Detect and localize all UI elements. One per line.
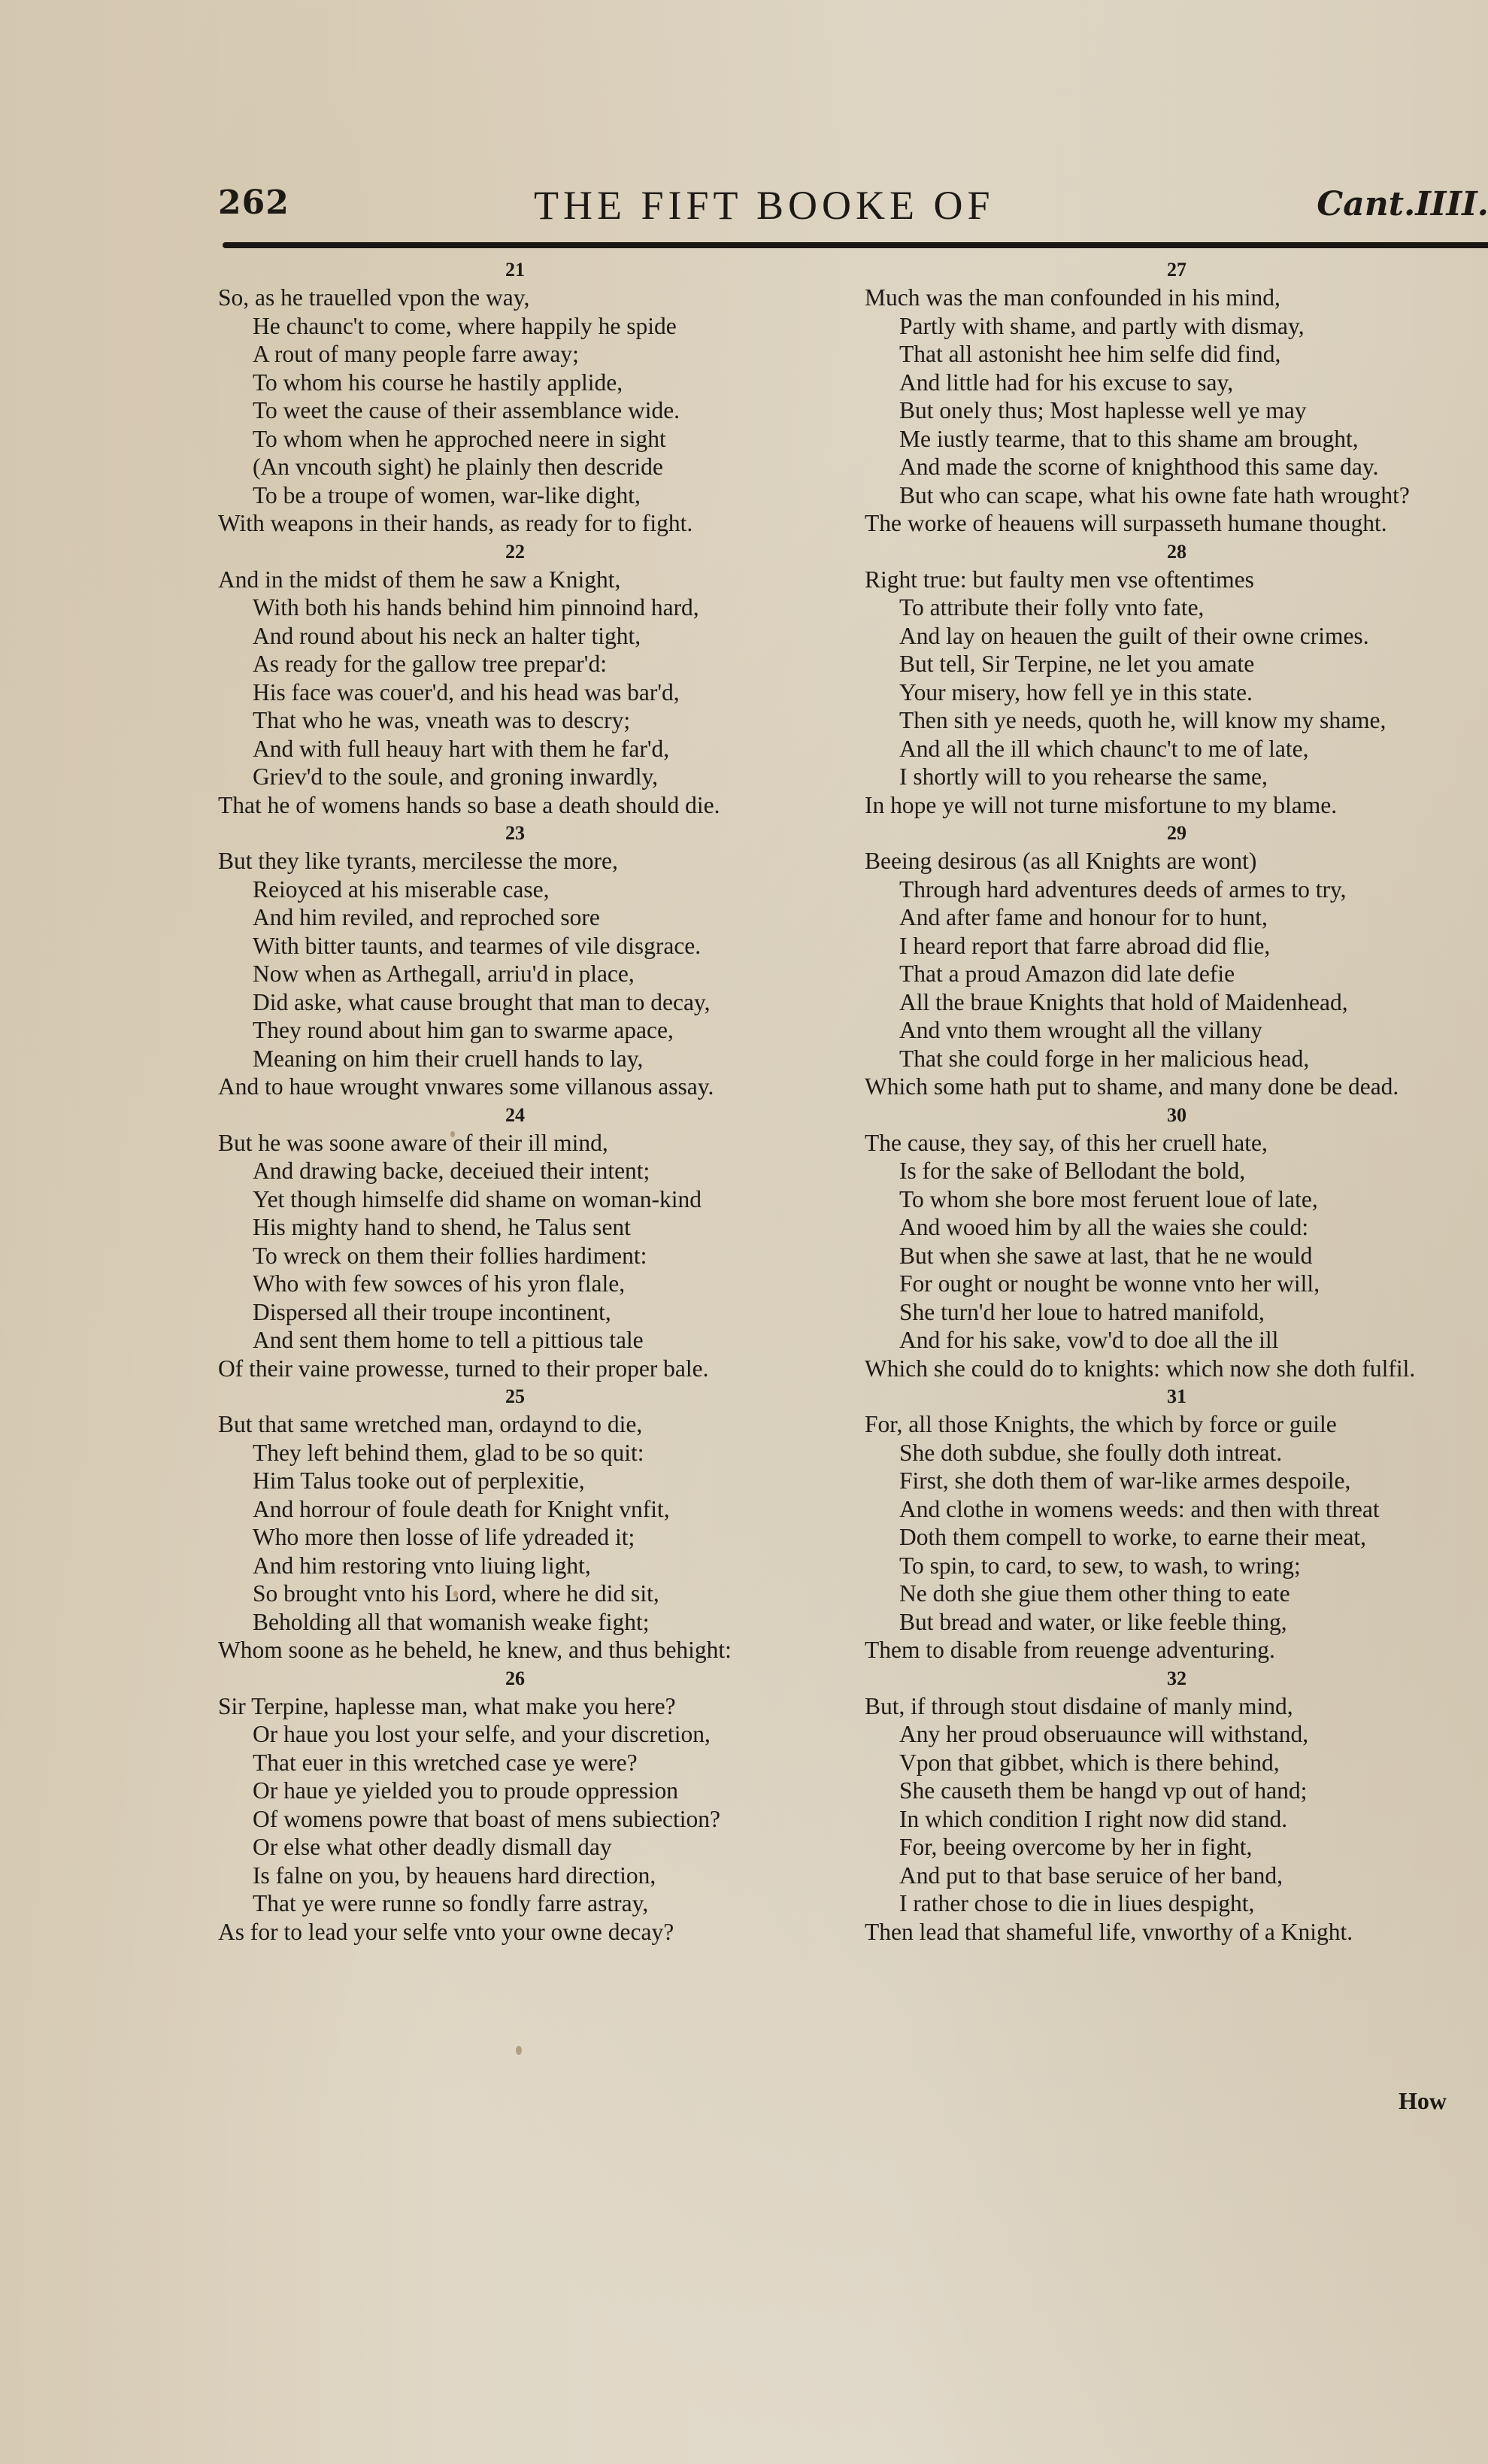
verse-line: The worke of heauens will surpasseth hum… (865, 509, 1488, 538)
book-page: 262 THE FIFT BOOKE OF Cant.IIII. 21So, a… (0, 0, 1488, 2464)
stanza: 30The cause, they say, of this her cruel… (865, 1101, 1488, 1383)
verse-line: Reioyced at his miserable case, (218, 875, 812, 904)
verse-line: Much was the man confounded in his mind, (865, 284, 1488, 312)
verse-line: But who can scape, what his owne fate ha… (865, 481, 1488, 510)
stanza: 23But they like tyrants, mercilesse the … (218, 819, 812, 1101)
stanza: 27Much was the man confounded in his min… (865, 256, 1488, 538)
verse-line: Doth them compell to worke, to earne the… (865, 1523, 1488, 1552)
verse-line: That all astonisht hee him selfe did fin… (865, 340, 1488, 369)
verse-line: Ne doth she giue them other thing to eat… (865, 1579, 1488, 1608)
verse-line: That who he was, vneath was to descry; (218, 706, 812, 735)
stanza: 21So, as he trauelled vpon the way,He ch… (218, 256, 812, 538)
verse-line: In hope ye will not turne misfortune to … (865, 791, 1488, 820)
verse-line: Or haue you lost your selfe, and your di… (218, 1720, 812, 1749)
verse-line: Me iustly tearme, that to this shame am … (865, 425, 1488, 454)
stanza: 25But that same wretched man, ordaynd to… (218, 1382, 812, 1664)
verse-line: They left behind them, glad to be so qui… (218, 1439, 812, 1467)
stanza-number: 32 (865, 1664, 1488, 1692)
verse-line: I heard report that farre abroad did fli… (865, 932, 1488, 960)
verse-line: Which some hath put to shame, and many d… (865, 1073, 1488, 1101)
stanza-number: 28 (865, 538, 1488, 566)
verse-line: All the braue Knights that hold of Maide… (865, 988, 1488, 1017)
verse-line: The cause, they say, of this her cruell … (865, 1129, 1488, 1158)
verse-line: They round about him gan to swarme apace… (218, 1016, 812, 1045)
stanza-number: 29 (865, 819, 1488, 847)
verse-line: She doth subdue, she foully doth intreat… (865, 1439, 1488, 1467)
verse-line: And for his sake, vow'd to doe all the i… (865, 1326, 1488, 1355)
verse-line: And drawing backe, deceiued their intent… (218, 1157, 812, 1185)
verse-line: Then lead that shameful life, vnworthy o… (865, 1918, 1488, 1947)
verse-line: And vnto them wrought all the villany (865, 1016, 1488, 1045)
stanza-number: 23 (218, 819, 812, 847)
verse-line: With both his hands behind him pinnoind … (218, 593, 812, 622)
verse-line: But, if through stout disdaine of manly … (865, 1692, 1488, 1721)
verse-line: That euer in this wretched case ye were? (218, 1749, 812, 1777)
verse-line: Beeing desirous (as all Knights are wont… (865, 847, 1488, 875)
verse-line: And to haue wrought vnwares some villano… (218, 1073, 812, 1101)
verse-line: Right true: but faulty men vse oftentime… (865, 566, 1488, 594)
verse-line: His mighty hand to shend, he Talus sent (218, 1213, 812, 1242)
canto-label: Cant.IIII. (1317, 185, 1488, 223)
verse-line: But they like tyrants, mercilesse the mo… (218, 847, 812, 875)
verse-line: Whom soone as he beheld, he knew, and th… (218, 1636, 812, 1664)
stanza: 26Sir Terpine, haplesse man, what make y… (218, 1664, 812, 1947)
verse-line: And in the midst of them he saw a Knight… (218, 566, 812, 594)
right-column: 27Much was the man confounded in his min… (865, 256, 1488, 1946)
verse-line: A rout of many people farre away; (218, 340, 812, 369)
verse-line: Then sith ye needs, quoth he, will know … (865, 706, 1488, 735)
verse-line: But tell, Sir Terpine, ne let you amate (865, 650, 1488, 678)
verse-line: But when she sawe at last, that he ne wo… (865, 1242, 1488, 1270)
verse-line: Beholding all that womanish weake fight; (218, 1608, 812, 1637)
verse-line: Them to disable from reuenge adventuring… (865, 1636, 1488, 1664)
catchword: How (1399, 2087, 1447, 2115)
verse-line: He chaunc't to come, where happily he sp… (218, 312, 812, 341)
verse-line: For, beeing overcome by her in fight, (865, 1833, 1488, 1862)
verse-line: Which she could do to knights: which now… (865, 1355, 1488, 1383)
verse-line: Partly with shame, and partly with disma… (865, 312, 1488, 341)
verse-line: Of their vaine prowesse, turned to their… (218, 1355, 812, 1383)
verse-line: I shortly will to you rehearse the same, (865, 763, 1488, 791)
verse-line: Or else what other deadly dismall day (218, 1833, 812, 1862)
verse-line: To wreck on them their follies hardiment… (218, 1242, 812, 1270)
verse-line: And made the scorne of knighthood this s… (865, 453, 1488, 481)
verse-line: To attribute their folly vnto fate, (865, 593, 1488, 622)
verse-line: For ought or nought be wonne vnto her wi… (865, 1270, 1488, 1298)
stanza: 31For, all those Knights, the which by f… (865, 1382, 1488, 1664)
verse-line: In which condition I right now did stand… (865, 1805, 1488, 1834)
verse-line: First, she doth them of war-like armes d… (865, 1467, 1488, 1495)
verse-line: Who with few sowces of his yron flale, (218, 1270, 812, 1298)
verse-line: To whom his course he hastily applide, (218, 369, 812, 397)
verse-line: Now when as Arthegall, arriu'd in place, (218, 960, 812, 988)
stanza-number: 24 (218, 1101, 812, 1129)
stanza: 22And in the midst of them he saw a Knig… (218, 538, 812, 820)
verse-line: For, all those Knights, the which by for… (865, 1410, 1488, 1439)
verse-line: Dispersed all their troupe incontinent, (218, 1298, 812, 1327)
verse-line: To spin, to card, to sew, to wash, to wr… (865, 1552, 1488, 1580)
verse-line: That ye were runne so fondly farre astra… (218, 1889, 812, 1918)
verse-line: She causeth them be hangd vp out of hand… (865, 1777, 1488, 1805)
verse-line: And put to that base seruice of her band… (865, 1862, 1488, 1890)
stanza-number: 21 (218, 256, 812, 284)
stanza-number: 22 (218, 538, 812, 566)
verse-line: (An vncouth sight) he plainly then descr… (218, 453, 812, 481)
verse-line: And wooed him by all the waies she could… (865, 1213, 1488, 1242)
verse-line: As for to lead your selfe vnto your owne… (218, 1918, 812, 1947)
stanza: 29Beeing desirous (as all Knights are wo… (865, 819, 1488, 1101)
verse-line: And horrour of foule death for Knight vn… (218, 1495, 812, 1524)
stanza-number: 27 (865, 256, 1488, 284)
verse-line: I rather chose to die in liues despight, (865, 1889, 1488, 1918)
book-title: THE FIFT BOOKE OF (534, 182, 995, 229)
verse-line: To whom when he approched neere in sight (218, 425, 812, 454)
stanza-number: 30 (865, 1101, 1488, 1129)
verse-line: Him Talus tooke out of perplexitie, (218, 1467, 812, 1495)
verse-line: To weet the cause of their assemblance w… (218, 396, 812, 425)
running-head: 262 THE FIFT BOOKE OF Cant.IIII. (218, 182, 1488, 227)
header-rule (223, 242, 1488, 248)
stanza-number: 26 (218, 1664, 812, 1692)
verse-line: But that same wretched man, ordaynd to d… (218, 1410, 812, 1439)
verse-line: And sent them home to tell a pittious ta… (218, 1326, 812, 1355)
verse-line: But he was soone aware of their ill mind… (218, 1129, 812, 1158)
verse-line: Any her proud obseruaunce will withstand… (865, 1720, 1488, 1749)
stanza: 32But, if through stout disdaine of manl… (865, 1664, 1488, 1947)
verse-line: Meaning on him their cruell hands to lay… (218, 1045, 812, 1073)
verse-line: That a proud Amazon did late defie (865, 960, 1488, 988)
verse-line: And lay on heauen the guilt of their own… (865, 622, 1488, 651)
verse-line: To be a troupe of women, war-like dight, (218, 481, 812, 510)
verse-line: And clothe in womens weeds: and then wit… (865, 1495, 1488, 1524)
verse-line: And little had for his excuse to say, (865, 369, 1488, 397)
stanza-number: 25 (218, 1382, 812, 1410)
verse-line: And with full heauy hart with them he fa… (218, 735, 812, 763)
verse-line: As ready for the gallow tree prepar'd: (218, 650, 812, 678)
verse-line: Sir Terpine, haplesse man, what make you… (218, 1692, 812, 1721)
verse-line: And after fame and honour for to hunt, (865, 903, 1488, 932)
verse-line: Through hard adventures deeds of armes t… (865, 875, 1488, 904)
verse-line: His face was couer'd, and his head was b… (218, 678, 812, 707)
verse-line: But bread and water, or like feeble thin… (865, 1608, 1488, 1637)
verse-line: But onely thus; Most haplesse well ye ma… (865, 396, 1488, 425)
foxing-spot (516, 2046, 522, 2055)
stanza-number: 31 (865, 1382, 1488, 1410)
left-column: 21So, as he trauelled vpon the way,He ch… (218, 256, 812, 1946)
verse-line: And him restoring vnto liuing light, (218, 1552, 812, 1580)
stanza: 28Right true: but faulty men vse oftenti… (865, 538, 1488, 820)
verse-line: Did aske, what cause brought that man to… (218, 988, 812, 1017)
verse-line: Who more then losse of life ydreaded it; (218, 1523, 812, 1552)
verse-line: She turn'd her loue to hatred manifold, (865, 1298, 1488, 1327)
verse-line: Is for the sake of Bellodant the bold, (865, 1157, 1488, 1185)
verse-line: Of womens powre that boast of mens subie… (218, 1805, 812, 1834)
verse-line: Yet though himselfe did shame on woman-k… (218, 1185, 812, 1214)
stanza: 24But he was soone aware of their ill mi… (218, 1101, 812, 1383)
verse-line: Vpon that gibbet, which is there behind, (865, 1749, 1488, 1777)
verse-line: So, as he trauelled vpon the way, (218, 284, 812, 312)
verse-line: With weapons in their hands, as ready fo… (218, 509, 812, 538)
verse-line: Is falne on you, by heauens hard directi… (218, 1862, 812, 1890)
verse-line: To whom she bore most feruent loue of la… (865, 1185, 1488, 1214)
verse-line: And all the ill which chaunc't to me of … (865, 735, 1488, 763)
verse-line: Griev'd to the soule, and groning inward… (218, 763, 812, 791)
verse-line: So brought vnto his Lord, where he did s… (218, 1579, 812, 1608)
verse-line: Your misery, how fell ye in this state. (865, 678, 1488, 707)
foxing-spot (453, 1591, 458, 1598)
verse-line: That she could forge in her malicious he… (865, 1045, 1488, 1073)
page-number: 262 (218, 184, 289, 222)
verse-line: And him reviled, and reproched sore (218, 903, 812, 932)
verse-line: That he of womens hands so base a death … (218, 791, 812, 820)
verse-line: With bitter taunts, and tearmes of vile … (218, 932, 812, 960)
verse-line: And round about his neck an halter tight… (218, 622, 812, 651)
foxing-spot (450, 1131, 455, 1137)
verse-line: Or haue ye yielded you to proude oppress… (218, 1777, 812, 1805)
